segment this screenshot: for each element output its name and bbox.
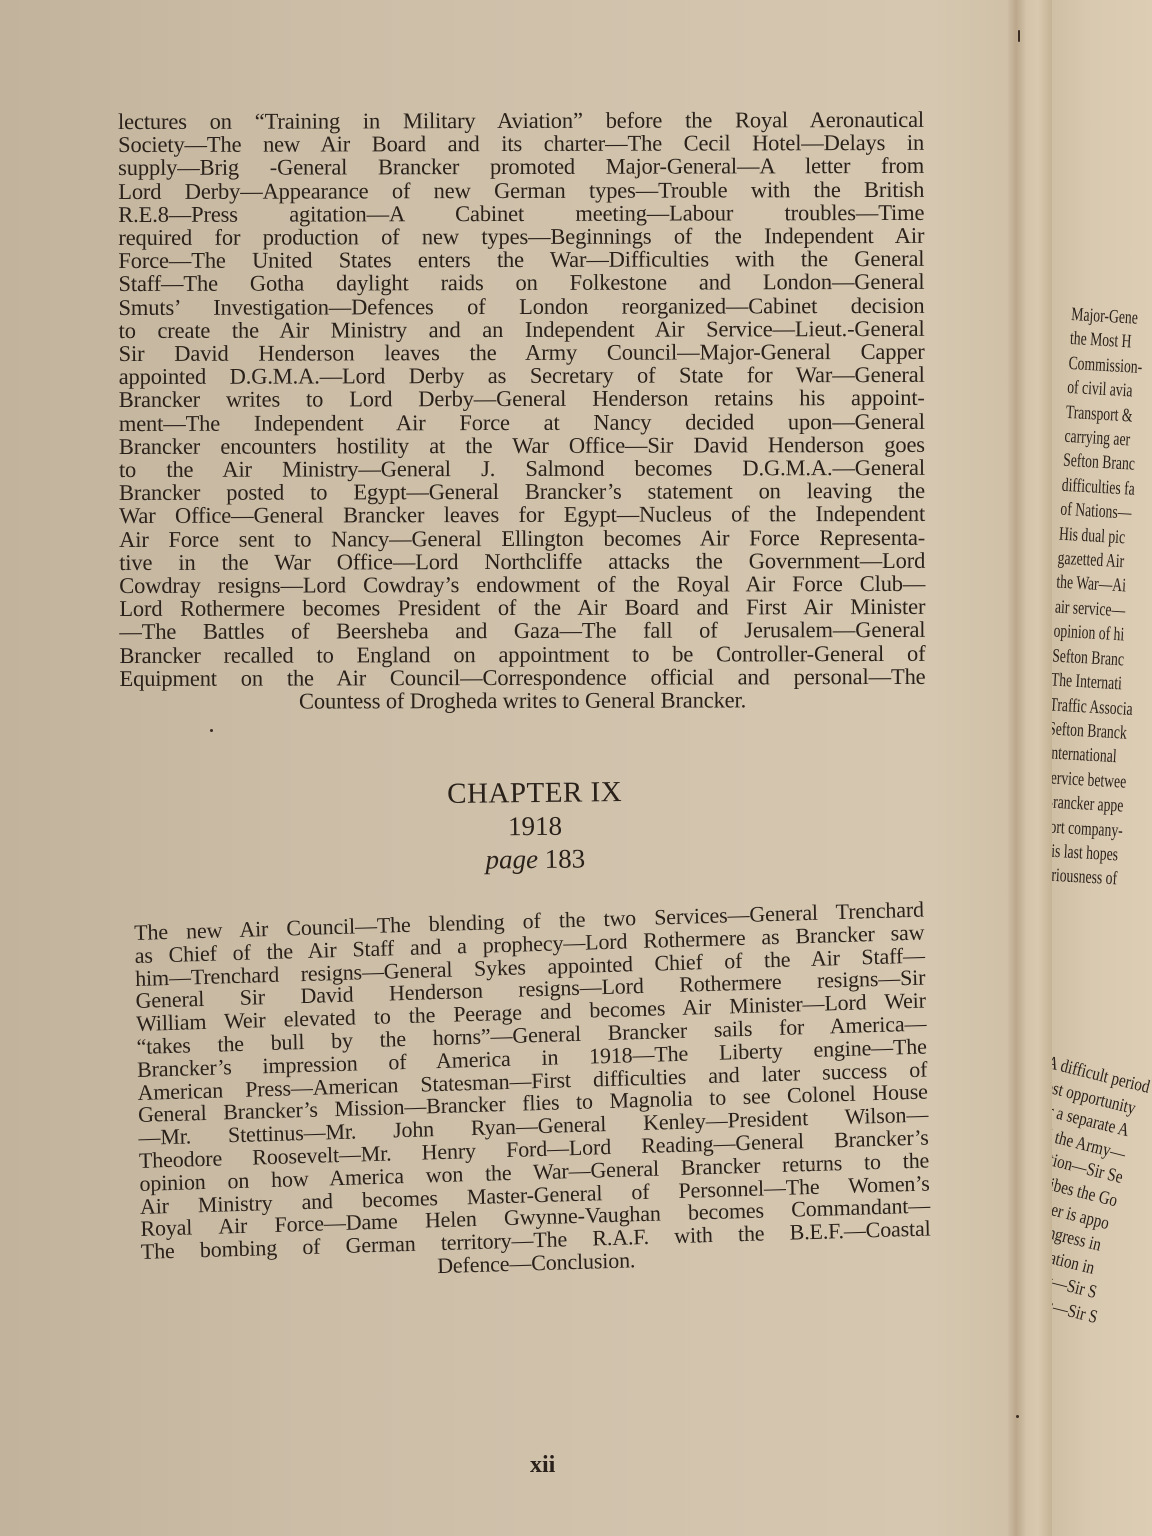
summary-line: Smuts’ Investigation—Defences of London … [118, 294, 924, 319]
chapter-heading: CHAPTER IX 1918 page 183 [379, 774, 690, 877]
gutter-mark [1016, 1415, 1019, 1418]
page-label: page [485, 844, 538, 875]
summary-line: appointed D.G.M.A.—Lord Derby as Secreta… [119, 363, 925, 388]
chapter-page-reference: page 183 [380, 840, 690, 877]
summary-line: to the Air Ministry—General J. Salmond b… [119, 456, 925, 481]
summary-line: required for production of new types—Beg… [118, 224, 924, 249]
summary-line: Staff—The Gotha daylight raids on Folkes… [118, 270, 924, 295]
summary-line: Air Force sent to Nancy—General Ellingto… [119, 526, 925, 551]
chapter-year: 1918 [380, 808, 690, 843]
summary-line: ment—The Independent Air Force at Nancy … [119, 410, 925, 435]
chapter-viii-summary: lectures on “Training in Military Aviati… [118, 108, 926, 713]
summary-line: Brancker posted to Egypt—General Brancke… [119, 479, 925, 504]
summary-line: Force—The United States enters the War—D… [118, 247, 924, 272]
summary-line: tive in the War Office—Lord Northcliffe … [119, 549, 925, 574]
right-page-bottom-fragment: A difficult periodlost opportunityfor a … [1052, 1052, 1152, 1330]
summary-line: Equipment on the Air Council—Corresponde… [119, 665, 925, 690]
summary-line: supply—Brig -General Brancker promoted M… [118, 154, 924, 179]
summary-line: Lord Rothermere becomes President of the… [119, 595, 925, 620]
summary-line: R.E.8—Press agitation—A Cabinet meeting—… [118, 201, 924, 226]
summary-line: Society—The new Air Board and its charte… [118, 131, 924, 156]
summary-line: to create the Air Ministry and an Indepe… [119, 317, 925, 342]
summary-line: Brancker recalled to England on appointm… [119, 642, 925, 667]
chapter-title: CHAPTER IX [379, 774, 689, 811]
summary-line: Lord Derby—Appearance of new German type… [118, 177, 924, 202]
folio-page-number: xii [530, 1452, 555, 1479]
summary-line: War Office—General Brancker leaves for E… [119, 502, 925, 527]
gutter-mark [1018, 30, 1020, 42]
paper-speck [210, 729, 213, 732]
fragment-line: Brancker appe [1052, 790, 1128, 819]
chapter-ix-summary: The new Air Council—The blending of the … [134, 899, 931, 1287]
summary-line: Cowdray resigns—Lord Cowdray’s endowment… [119, 572, 925, 597]
summary-line: Brancker encounters hostility at the War… [119, 433, 925, 458]
summary-line: lectures on “Training in Military Aviati… [118, 108, 924, 133]
fragment-line: seriousness of [1052, 863, 1124, 892]
right-page-edge: Major-Genethe Most HCommission-of civil … [1052, 0, 1152, 1536]
right-page-top-fragment: Major-Genethe Most HCommission-of civil … [1052, 303, 1152, 892]
summary-line: Sir David Henderson leaves the Army Coun… [119, 340, 925, 365]
summary-line: Countess of Drogheda writes to General B… [120, 688, 926, 713]
summary-line: Brancker writes to Lord Derby—General He… [119, 386, 925, 411]
summary-line: —The Battles of Beersheba and Gaza—The f… [119, 618, 925, 643]
book-gutter [1008, 0, 1054, 1536]
paper-speck [812, 1165, 815, 1168]
left-page: lectures on “Training in Military Aviati… [0, 0, 1012, 1536]
page-number: 183 [545, 843, 586, 873]
